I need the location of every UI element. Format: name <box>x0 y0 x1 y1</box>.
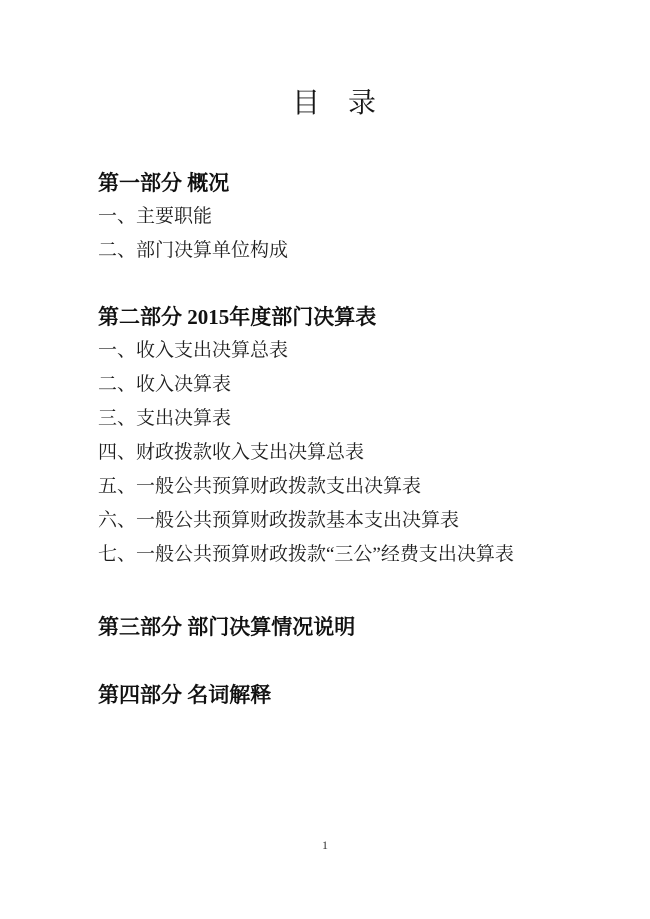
toc-item: 三、支出决算表 <box>98 402 570 436</box>
document-page: 目 录 第一部分 概况 一、主要职能 二、部门决算单位构成 第二部分 2015年… <box>0 0 650 919</box>
section-heading-part3: 第三部分 部门决算情况说明 <box>98 612 570 642</box>
toc-item: 五、一般公共预算财政拨款支出决算表 <box>98 470 570 504</box>
section-items-part1: 一、主要职能 二、部门决算单位构成 <box>98 200 570 268</box>
section-heading-part2: 第二部分 2015年度部门决算表 <box>98 302 570 332</box>
page-number: 1 <box>0 838 650 853</box>
toc-item: 二、部门决算单位构成 <box>98 234 570 268</box>
toc-title: 目 录 <box>98 0 570 122</box>
toc-item: 四、财政拨款收入支出决算总表 <box>98 436 570 470</box>
toc-item: 七、一般公共预算财政拨款“三公”经费支出决算表 <box>98 538 570 572</box>
section-heading-part1: 第一部分 概况 <box>98 168 570 198</box>
section-part4: 第四部分 名词解释 <box>98 680 570 710</box>
section-part2: 第二部分 2015年度部门决算表 一、收入支出决算总表 二、收入决算表 三、支出… <box>98 302 570 572</box>
toc-item: 六、一般公共预算财政拨款基本支出决算表 <box>98 504 570 538</box>
toc-item: 一、收入支出决算总表 <box>98 334 570 368</box>
toc-content: 目 录 第一部分 概况 一、主要职能 二、部门决算单位构成 第二部分 2015年… <box>0 0 650 710</box>
section-part1: 第一部分 概况 一、主要职能 二、部门决算单位构成 <box>98 168 570 268</box>
section-items-part2: 一、收入支出决算总表 二、收入决算表 三、支出决算表 四、财政拨款收入支出决算总… <box>98 334 570 572</box>
toc-item: 二、收入决算表 <box>98 368 570 402</box>
section-part3: 第三部分 部门决算情况说明 <box>98 612 570 642</box>
section-heading-part4: 第四部分 名词解释 <box>98 680 570 710</box>
toc-item: 一、主要职能 <box>98 200 570 234</box>
